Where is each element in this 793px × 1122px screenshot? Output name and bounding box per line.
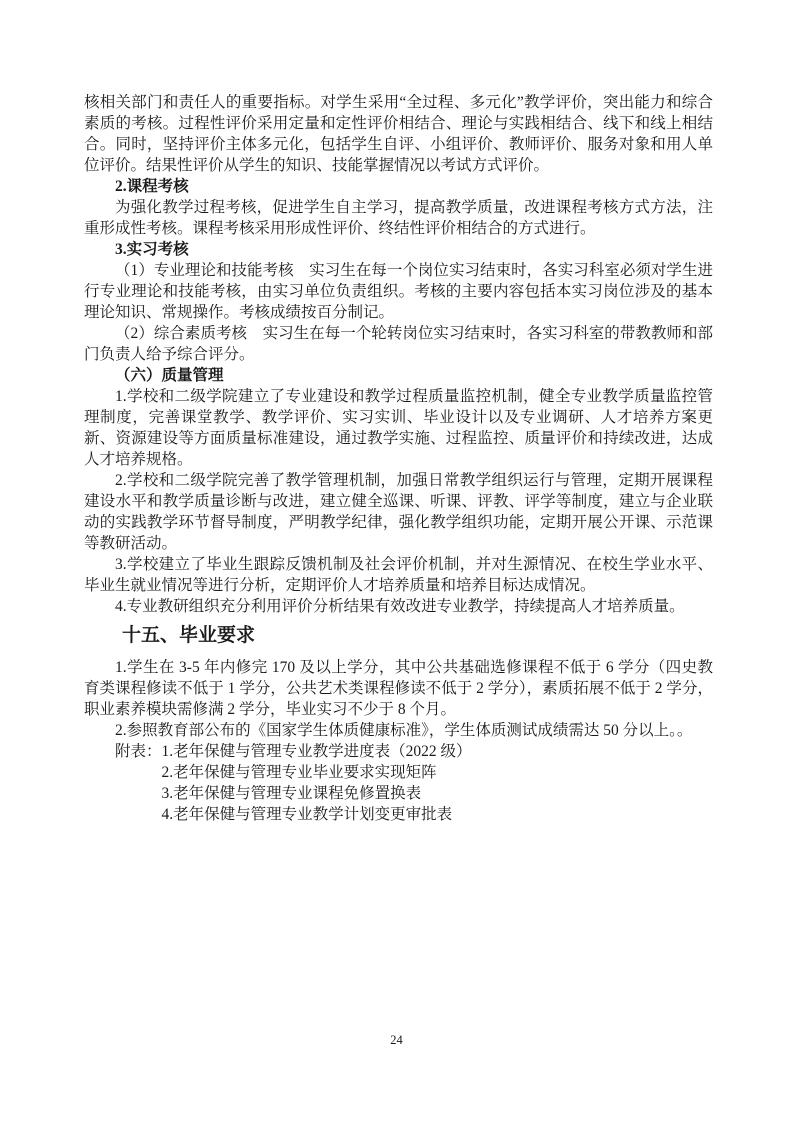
page-number: 24: [0, 1032, 793, 1048]
attachment-list-item: 3.老年保健与管理专业课程免修置换表: [84, 783, 713, 804]
attachment-list-item: 4.老年保健与管理专业教学计划变更审批表: [84, 804, 713, 825]
paragraph: 3.学校建立了毕业生跟踪反馈机制及社会评价机制，并对生源情况、在校生学业水平、毕…: [84, 554, 713, 596]
paragraph: 2.学校和二级学院完善了教学管理机制，加强日常教学组织运行与管理，定期开展课程建…: [84, 470, 713, 554]
paragraph: 2.参照教育部公布的《国家学生体质健康标准》，学生体质测试成绩需达 50 分以上…: [84, 720, 713, 741]
subsection-heading: 3.实习考核: [84, 239, 713, 260]
paragraph: （1）专业理论和技能考核 实习生在每一个岗位实习结束时，各实习科室必须对学生进行…: [84, 260, 713, 323]
document-content: 核相关部门和责任人的重要指标。对学生采用“全过程、多元化”教学评价，突出能力和综…: [84, 92, 713, 825]
subsection-heading: 2.课程考核: [84, 176, 713, 197]
section-heading: 十五、毕业要求: [84, 621, 713, 651]
document-page: 核相关部门和责任人的重要指标。对学生采用“全过程、多元化”教学评价，突出能力和综…: [0, 0, 793, 1122]
paragraph: 附表：1.老年保健与管理专业教学进度表（2022 级）: [84, 741, 713, 762]
paragraph: 4.专业教研组织充分利用评价分析结果有效改进专业教学，持续提高人才培养质量。: [84, 596, 713, 617]
attachment-list-item: 2.老年保健与管理专业毕业要求实现矩阵: [84, 762, 713, 783]
paragraph: （2）综合素质考核 实习生在每一个轮转岗位实习结束时，各实习科室的带教教师和部门…: [84, 323, 713, 365]
paragraph-continuation: 核相关部门和责任人的重要指标。对学生采用“全过程、多元化”教学评价，突出能力和综…: [84, 92, 713, 176]
paragraph: 1.学生在 3-5 年内修完 170 及以上学分，其中公共基础选修课程不低于 6…: [84, 657, 713, 720]
paragraph: 为强化教学过程考核，促进学生自主学习，提高教学质量，改进课程考核方式方法，注重形…: [84, 197, 713, 239]
paragraph: 1.学校和二级学院建立了专业建设和教学过程质量监控机制，健全专业教学质量监控管理…: [84, 386, 713, 470]
subsection-heading: （六）质量管理: [84, 365, 713, 386]
